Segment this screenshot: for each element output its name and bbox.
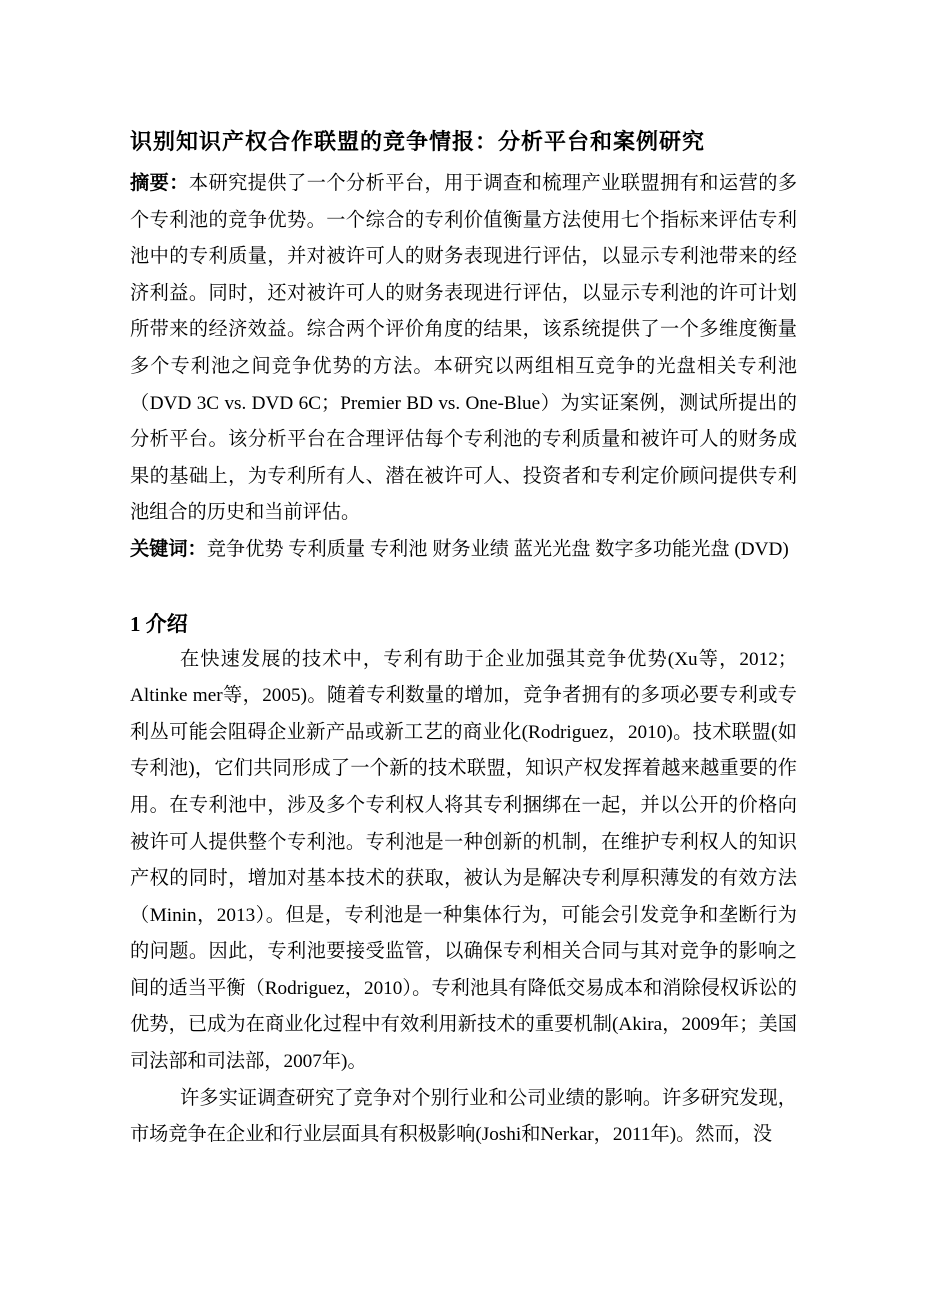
keywords-label: 关键词： — [130, 539, 207, 560]
paper-title: 识别知识产权合作联盟的竞争情报：分析平台和案例研究 — [130, 127, 797, 157]
abstract-paragraph: 摘要：本研究提供了一个分析平台，用于调查和梳理产业联盟拥有和运营的多个专利池的竞… — [130, 166, 797, 532]
intro-paragraph-2: 许多实证调查研究了竞争对个别行业和公司业绩的影响。许多研究发现，市场竞争在企业和… — [130, 1081, 797, 1154]
document-page: 识别知识产权合作联盟的竞争情报：分析平台和案例研究 摘要：本研究提供了一个分析平… — [0, 0, 926, 1309]
abstract-label: 摘要： — [130, 173, 189, 194]
keywords-paragraph: 关键词：竞争优势 专利质量 专利池 财务业绩 蓝光光盘 数字多功能光盘 (DVD… — [130, 532, 797, 569]
keywords-text: 竞争优势 专利质量 专利池 财务业绩 蓝光光盘 数字多功能光盘 (DVD) — [207, 539, 789, 560]
document-content: 识别知识产权合作联盟的竞争情报：分析平台和案例研究 摘要：本研究提供了一个分析平… — [0, 0, 926, 1154]
intro-paragraph-1: 在快速发展的技术中，专利有助于企业加强其竞争优势(Xu等，2012；Altink… — [130, 642, 797, 1081]
section-heading-introduction: 1 介绍 — [130, 609, 797, 639]
abstract-text: 本研究提供了一个分析平台，用于调查和梳理产业联盟拥有和运营的多个专利池的竞争优势… — [130, 173, 797, 523]
